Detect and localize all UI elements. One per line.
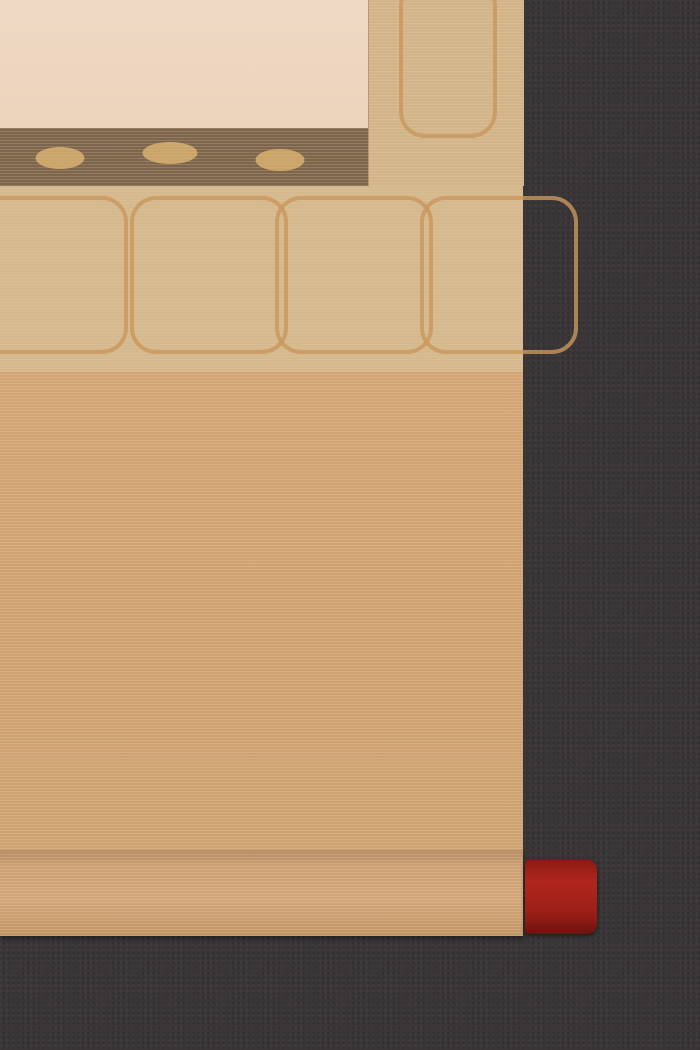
painting-area	[0, 0, 368, 128]
lower-border-brocade	[0, 186, 523, 372]
scroll-pattern	[275, 196, 433, 354]
ichimonji-brocade-strip	[0, 128, 368, 187]
hanging-scroll	[0, 0, 523, 858]
scroll-pattern	[399, 0, 497, 138]
scroll-pattern	[420, 196, 578, 354]
lower-silk-mount	[0, 372, 523, 858]
red-roller-knob	[525, 860, 597, 934]
scroll-roller	[0, 850, 523, 936]
side-border-brocade	[368, 0, 524, 186]
scroll-pattern	[130, 196, 288, 354]
scroll-pattern	[0, 196, 128, 354]
